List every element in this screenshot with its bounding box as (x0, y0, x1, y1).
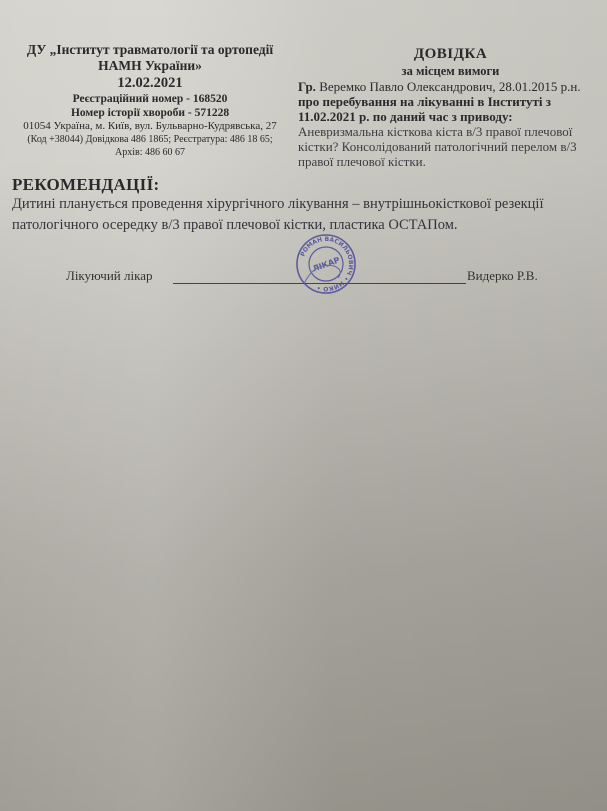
institution-address: 01054 Україна, м. Київ, вул. Бульварно-К… (0, 120, 300, 133)
patient-name: Веремко Павло Олександрович, 28.01.2015 … (319, 79, 580, 94)
document-date: 12.02.2021 (0, 74, 300, 92)
stay-period: про перебування на лікуванні в Інституті… (298, 94, 603, 124)
institution-header: ДУ „Інститут травматології та ортопедії … (0, 42, 300, 159)
institution-name: ДУ „Інститут травматології та ортопедії (0, 42, 300, 58)
svg-text:ЛІКАР: ЛІКАР (311, 255, 341, 273)
document-title: ДОВІДКА (298, 45, 603, 63)
certificate-header: ДОВІДКА за місцем вимоги Гр. Веремко Пав… (298, 45, 603, 169)
attending-doctor-label: Лікуючий лікар (66, 268, 152, 284)
institution-phones: (Код +38044) Довідкова 486 1865; Реєстра… (0, 133, 300, 146)
doctor-name: Видерко Р.В. (467, 268, 538, 284)
registration-number: Реєстраційний номер - 168520 (0, 92, 300, 106)
archive-phone: Архів: 486 60 67 (0, 146, 300, 159)
patient-prefix: Гр. (298, 79, 316, 94)
doctor-stamp-icon: РОМАН ВАСИЛЬОВИЧ • НИКО • ЛІКАР (294, 232, 358, 296)
patient-line: Гр. Веремко Павло Олександрович, 28.01.2… (298, 79, 603, 94)
document-subtitle: за місцем вимоги (298, 63, 603, 79)
medical-history-number: Номер історії хвороби - 571228 (0, 106, 300, 120)
institution-affiliation: НАМН України» (0, 58, 300, 74)
diagnosis: Аневризмальна кісткова кіста в/3 правої … (298, 124, 603, 169)
recommendations-text: Дитині планується проведення хірургічног… (12, 194, 602, 236)
recommendations-title: РЕКОМЕНДАЦІЇ: (12, 175, 159, 195)
